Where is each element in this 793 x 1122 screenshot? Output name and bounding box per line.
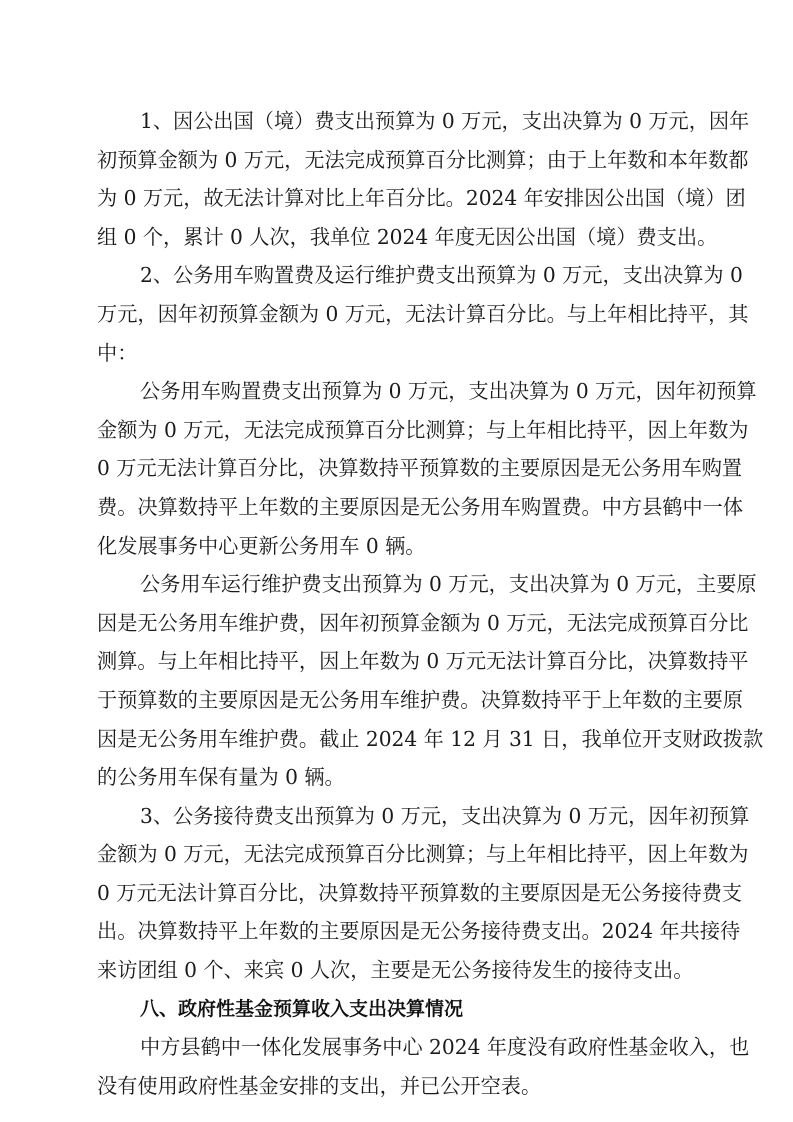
paragraph-vehicle-maintenance: 公务用车运行维护费支出预算为 0 万元，支出决算为 0 万元，主要原 因是无公务… [97, 565, 699, 797]
text-line: 的公务用车保有量为 0 辆。 [97, 758, 699, 797]
text-line: 费。决算数持平上年数的主要原因是无公务用车购置费。中方县鹤中一体 [97, 488, 699, 527]
text-line: 因是无公务用车维护费，因年初预算金额为 0 万元，无法完成预算百分比 [97, 604, 699, 643]
text-line: 1、因公出国（境）费支出预算为 0 万元，支出决算为 0 万元，因年 [97, 102, 699, 141]
text-line: 为 0 万元，故无法计算对比上年百分比。2024 年安排因公出国（境）团 [97, 179, 699, 218]
text-line: 没有使用政府性基金安排的支出，并已公开空表。 [97, 1067, 699, 1106]
text-line: 2、公务用车购置费及运行维护费支出预算为 0 万元，支出决算为 0 [97, 256, 699, 295]
paragraph-government-fund: 中方县鹤中一体化发展事务中心 2024 年度没有政府性基金收入，也 没有使用政府… [97, 1028, 699, 1105]
text-line: 出。决算数持平上年数的主要原因是无公务接待费支出。2024 年共接待 [97, 912, 699, 951]
text-line: 万元，因年初预算金额为 0 万元，无法计算百分比。与上年相比持平，其 [97, 295, 699, 334]
text-line: 中： [97, 334, 699, 373]
paragraph-vehicle-expenses: 2、公务用车购置费及运行维护费支出预算为 0 万元，支出决算为 0 万元，因年初… [97, 256, 699, 372]
text-line: 初预算金额为 0 万元，无法完成预算百分比测算；由于上年数和本年数都 [97, 141, 699, 180]
text-line: 公务用车购置费支出预算为 0 万元，支出决算为 0 万元，因年初预算 [97, 372, 699, 411]
text-line: 金额为 0 万元，无法完成预算百分比测算；与上年相比持平，因上年数为 [97, 411, 699, 450]
paragraph-overseas-travel: 1、因公出国（境）费支出预算为 0 万元，支出决算为 0 万元，因年 初预算金额… [97, 102, 699, 256]
text-line: 公务用车运行维护费支出预算为 0 万元，支出决算为 0 万元，主要原 [97, 565, 699, 604]
text-line: 0 万元无法计算百分比，决算数持平预算数的主要原因是无公务接待费支 [97, 874, 699, 913]
text-line: 来访团组 0 个、来宾 0 人次，主要是无公务接待发生的接待支出。 [97, 951, 699, 990]
text-line: 化发展事务中心更新公务用车 0 辆。 [97, 527, 699, 566]
text-line: 于预算数的主要原因是无公务用车维护费。决算数持平于上年数的主要原 [97, 681, 699, 720]
text-line: 3、公务接待费支出预算为 0 万元，支出决算为 0 万元，因年初预算 [97, 797, 699, 836]
text-line: 因是无公务用车维护费。截止 2024 年 12 月 31 日，我单位开支财政拨款 [97, 720, 699, 759]
text-line: 中方县鹤中一体化发展事务中心 2024 年度没有政府性基金收入，也 [97, 1028, 699, 1067]
document-page: 1、因公出国（境）费支出预算为 0 万元，支出决算为 0 万元，因年 初预算金额… [97, 102, 699, 1105]
section-heading: 八、政府性基金预算收入支出决算情况 [97, 990, 699, 1029]
text-line: 组 0 个，累计 0 人次，我单位 2024 年度无因公出国（境）费支出。 [97, 218, 699, 257]
paragraph-vehicle-purchase: 公务用车购置费支出预算为 0 万元，支出决算为 0 万元，因年初预算 金额为 0… [97, 372, 699, 565]
text-line: 0 万元无法计算百分比，决算数持平预算数的主要原因是无公务用车购置 [97, 449, 699, 488]
text-line: 金额为 0 万元，无法完成预算百分比测算；与上年相比持平，因上年数为 [97, 835, 699, 874]
paragraph-reception-expenses: 3、公务接待费支出预算为 0 万元，支出决算为 0 万元，因年初预算 金额为 0… [97, 797, 699, 990]
text-line: 测算。与上年相比持平，因上年数为 0 万元无法计算百分比，决算数持平 [97, 642, 699, 681]
